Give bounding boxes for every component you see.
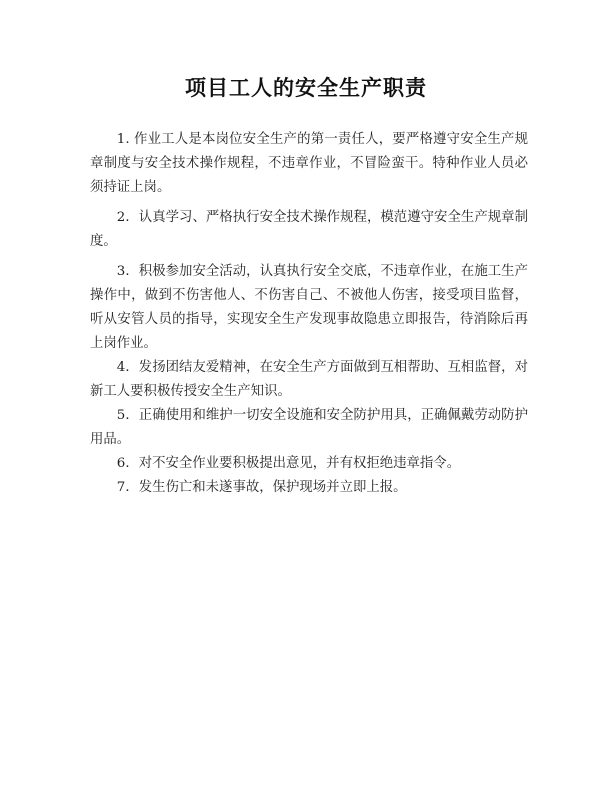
document-page: 项目工人的安全生产职责 1. 作业工人是本岗位安全生产的第一责任人，要严格遵守安… [0, 0, 612, 792]
paragraph-1: 1. 作业工人是本岗位安全生产的第一责任人，要严格遵守安全生产规章制度与安全技术… [90, 128, 528, 200]
paragraph-5: 5．正确使用和维护一切安全设施和安全防护用具，正确佩戴劳动防护用品。 [90, 404, 528, 452]
document-title: 项目工人的安全生产职责 [0, 72, 612, 102]
paragraph-3: 3．积极参加安全活动，认真执行安全交底，不违章作业，在施工生产操作中，做到不伤害… [90, 260, 528, 356]
paragraph-6: 6．对不安全作业要积极提出意见，并有权拒绝违章指令。 [90, 452, 528, 476]
paragraph-7: 7．发生伤亡和未遂事故，保护现场并立即上报。 [90, 476, 528, 500]
document-body: 1. 作业工人是本岗位安全生产的第一责任人，要严格遵守安全生产规章制度与安全技术… [90, 128, 528, 500]
paragraph-2: 2．认真学习、严格执行安全技术操作规程，模范遵守安全生产规章制度。 [90, 206, 528, 254]
paragraph-4: 4．发扬团结友爱精神，在安全生产方面做到互相帮助、互相监督，对新工人要积极传授安… [90, 356, 528, 404]
